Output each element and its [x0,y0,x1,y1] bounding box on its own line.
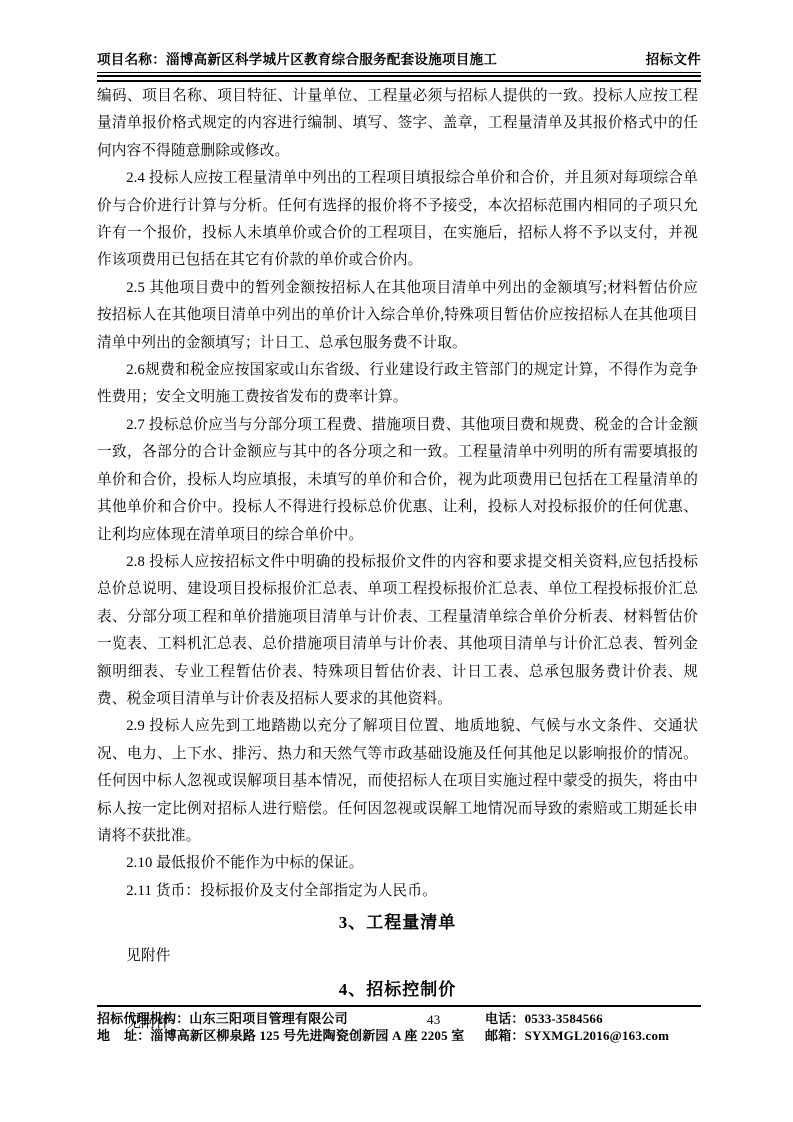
footer-phone-line: 电话：0533-3584566 [485,1010,669,1027]
footer-email-line: 邮箱：SYXMGL2016@163.com [485,1027,669,1044]
paragraph-continuation: 编码、项目名称、项目特征、计量单位、工程量必须与招标人提供的一致。投标人应按工程… [97,83,698,165]
paragraph-2-8: 2.8 投标人应按招标文件中明确的投标报价文件的内容和要求提交相关资料,应包括投… [97,549,698,713]
paragraph-2-6: 2.6规费和税金应按国家或山东省级、行业建设行政主管部门的规定计算，不得作为竞争… [97,357,698,412]
paragraph-2-9: 2.9 投标人应先到工地踏勘以充分了解项目位置、地质地貌、气候与水文条件、交通状… [97,713,698,850]
paragraph-2-11: 2.11 货币：投标报价及支付全部指定为人民币。 [97,878,698,905]
paragraph-2-4: 2.4 投标人应按工程量清单中列出的工程项目填报综合单价和合价，并且须对每项综合… [97,165,698,275]
page-header: 项目名称：淄博高新区科学城片区教育综合服务配套设施项目施工 招标文件 [97,48,701,82]
paragraph-2-10: 2.10 最低报价不能作为中标的保证。 [97,850,698,877]
header-rule-thin [97,72,701,73]
project-name-label: 项目名称：淄博高新区科学城片区教育综合服务配套设施项目施工 [97,48,497,68]
footer-page-number: 43 [427,1011,440,1028]
header-row: 项目名称：淄博高新区科学城片区教育综合服务配套设施项目施工 招标文件 [97,48,701,72]
section-3-title: 3、工程量清单 [97,908,698,938]
document-page: 项目名称：淄博高新区科学城片区教育综合服务配套设施项目施工 招标文件 编码、项目… [0,0,793,1122]
section-3-attachment: 见附件 [97,940,698,972]
paragraph-2-5: 2.5 其他项目费中的暂列金额按招标人在其他项目清单中列出的金额填写;材料暂估价… [97,275,698,357]
document-body: 编码、项目名称、项目特征、计量单位、工程量必须与招标人提供的一致。投标人应按工程… [97,83,698,1039]
header-rule-double [97,75,701,82]
doc-type-label: 招标文件 [646,48,701,68]
paragraph-2-7: 2.7 投标总价应当与分部分项工程费、措施项目费、其他项目费和规费、税金的合计金… [97,412,698,549]
section-4-title: 4、招标控制价 [97,975,698,1005]
footer-contact-block: 电话：0533-3584566 邮箱：SYXMGL2016@163.com [485,1010,669,1044]
page-footer: 招标代理机构：山东三阳项目管理有限公司 地 址：淄博高新区柳泉路 125 号先进… [97,1005,701,1044]
